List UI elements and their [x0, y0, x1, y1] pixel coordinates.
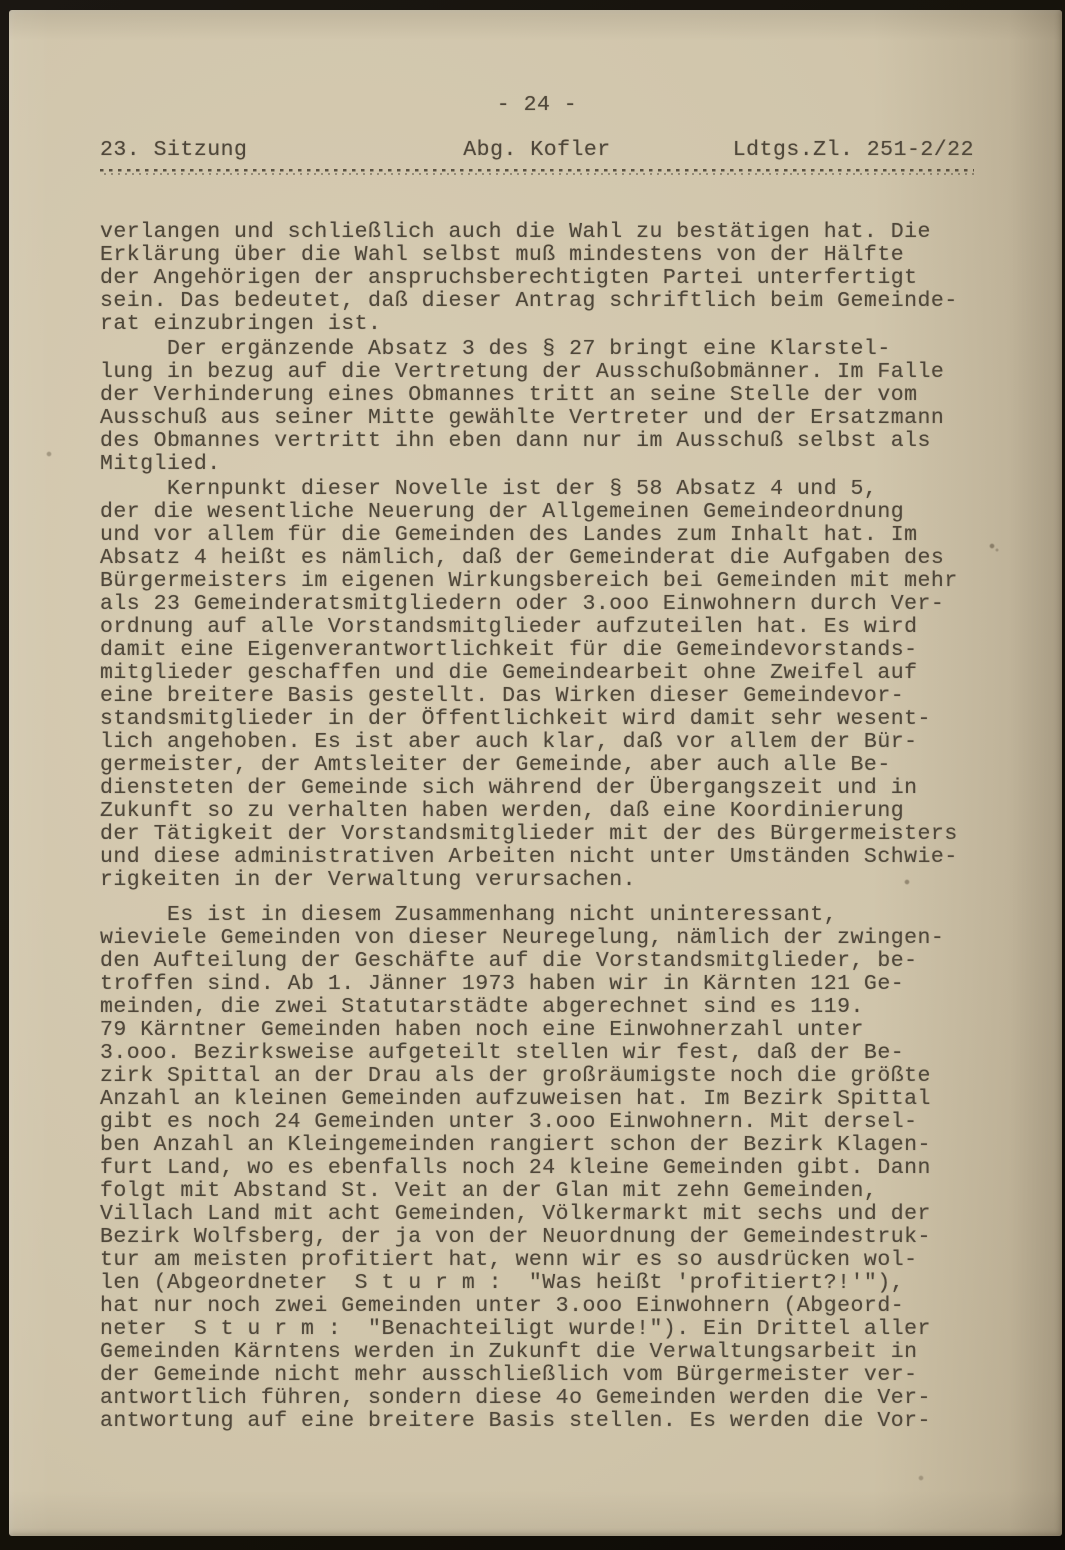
page-content: - 24 - 23. Sitzung Abg. Kofler Ldtgs.Zl.…: [9, 94, 1062, 1433]
header-rule: [100, 169, 974, 175]
page-number: - 24 -: [100, 94, 974, 117]
document-page: - 24 - 23. Sitzung Abg. Kofler Ldtgs.Zl.…: [9, 10, 1062, 1536]
speaker-label: Abg. Kofler: [463, 139, 610, 162]
session-label: 23. Sitzung: [100, 139, 247, 162]
paragraph: verlangen und schließlich auch die Wahl …: [100, 221, 974, 336]
paragraph: Der ergänzende Absatz 3 des § 27 bringt …: [100, 338, 974, 476]
scan-background: - 24 - 23. Sitzung Abg. Kofler Ldtgs.Zl.…: [0, 0, 1065, 1550]
paragraph: Kernpunkt dieser Novelle ist der § 58 Ab…: [100, 478, 974, 892]
header-row: 23. Sitzung Abg. Kofler Ldtgs.Zl. 251-2/…: [100, 139, 974, 162]
paragraph: Es ist in diesem Zusammenhang nicht unin…: [100, 904, 974, 1433]
document-body: verlangen und schließlich auch die Wahl …: [100, 221, 974, 1433]
reference-label: Ldtgs.Zl. 251-2/22: [733, 139, 974, 162]
